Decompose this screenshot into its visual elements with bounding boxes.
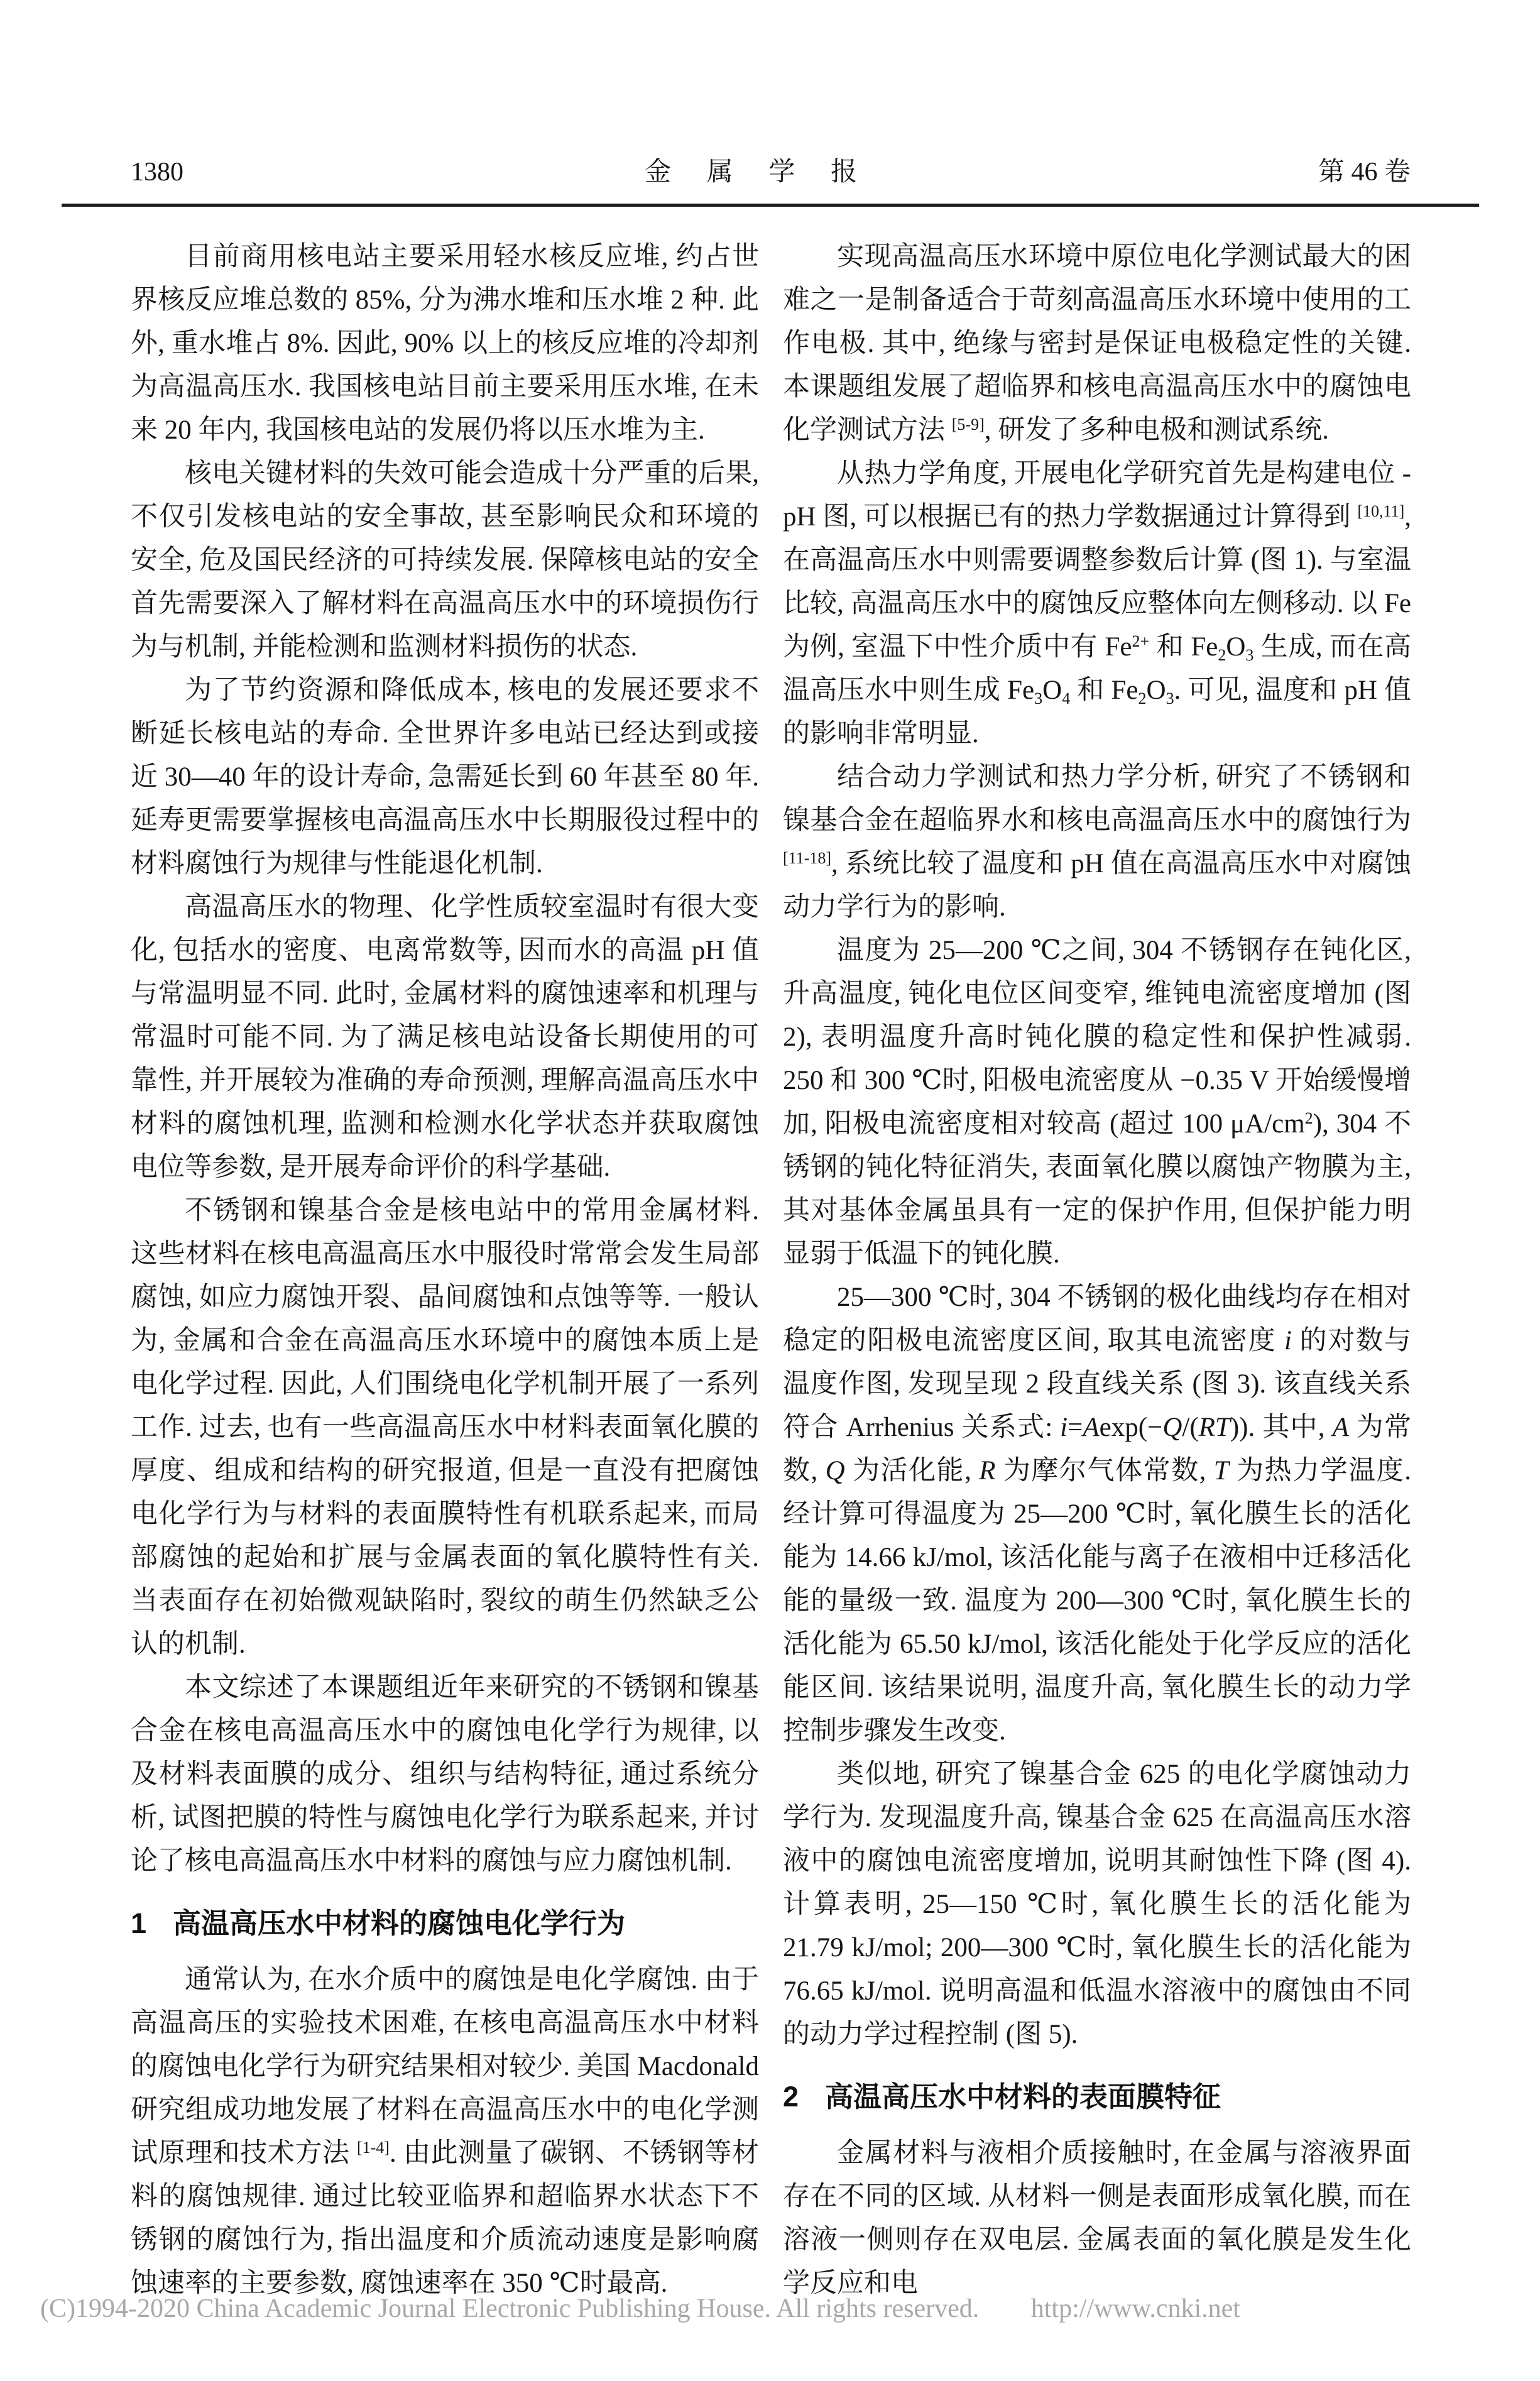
header-rule bbox=[62, 204, 1479, 207]
paragraph: 温度为 25—200 ℃之间, 304 不锈钢存在钝化区, 升高温度, 钝化电位… bbox=[783, 929, 1411, 1276]
footer-url: http://www.cnki.net bbox=[1031, 2294, 1240, 2323]
page-number: 1380 bbox=[131, 157, 183, 187]
superscript: 2 bbox=[1305, 1109, 1313, 1127]
italic-symbol: T bbox=[1214, 1456, 1229, 1486]
paragraph: 25—300 ℃时, 304 不锈钢的极化曲线均存在相对稳定的阳极电流密度区间,… bbox=[783, 1276, 1411, 1753]
paragraph: 金属材料与液相介质接触时, 在金属与溶液界面存在不同的区域. 从材料一侧是表面形… bbox=[783, 2132, 1411, 2305]
italic-symbol: A bbox=[1332, 1413, 1348, 1442]
subscript: 3 bbox=[1034, 689, 1042, 708]
paragraph: 高温高压水的物理、化学性质较室温时有很大变化, 包括水的密度、电离常数等, 因而… bbox=[131, 885, 759, 1189]
italic-symbol: R bbox=[979, 1456, 995, 1486]
section-title: 高温高压水中材料的腐蚀电化学行为 bbox=[173, 1904, 625, 1943]
subscript: 4 bbox=[1062, 689, 1070, 708]
paragraph: 通常认为, 在水介质中的腐蚀是电化学腐蚀. 由于高温高压的实验技术困难, 在核电… bbox=[131, 1958, 759, 2305]
paragraph: 结合动力学测试和热力学分析, 研究了不锈钢和镍基合金在超临界水和核电高温高压水中… bbox=[783, 755, 1411, 929]
subscript: 2 bbox=[1218, 646, 1226, 664]
section-heading: 2高温高压水中材料的表面膜特征 bbox=[783, 2077, 1411, 2116]
superscript: [1-4] bbox=[357, 2138, 390, 2157]
paragraph: 本文综述了本课题组近年来研究的不锈钢和镍基合金在核电高温高压水中的腐蚀电化学行为… bbox=[131, 1666, 759, 1883]
italic-symbol: A bbox=[1083, 1413, 1099, 1442]
copyright-text: (C)1994-2020 China Academic Journal Elec… bbox=[40, 2294, 979, 2323]
italic-symbol: Q bbox=[826, 1456, 845, 1486]
section-heading: 1高温高压水中材料的腐蚀电化学行为 bbox=[131, 1904, 759, 1943]
subscript: 3 bbox=[1245, 646, 1253, 664]
section-title: 高温高压水中材料的表面膜特征 bbox=[825, 2077, 1221, 2116]
paragraph: 为了节约资源和降低成本, 核电的发展还要求不断延长核电站的寿命. 全世界许多电站… bbox=[131, 669, 759, 885]
subscript: 3 bbox=[1166, 689, 1174, 708]
section-number: 1 bbox=[131, 1904, 146, 1943]
italic-symbol: i bbox=[1284, 1326, 1292, 1355]
italic-symbol: RT bbox=[1199, 1413, 1230, 1442]
paragraph: 实现高温高压水环境中原位电化学测试最大的困难之一是制备适合于苛刻高温高压水环境中… bbox=[783, 235, 1411, 452]
column-right: 实现高温高压水环境中原位电化学测试最大的困难之一是制备适合于苛刻高温高压水环境中… bbox=[783, 235, 1411, 2305]
volume-label: 第 46 卷 bbox=[1318, 151, 1411, 189]
italic-symbol: i bbox=[1060, 1413, 1068, 1442]
superscript: [5-9] bbox=[952, 415, 985, 434]
journal-title: 金 属 学 报 bbox=[630, 151, 871, 189]
paragraph: 核电关键材料的失效可能会造成十分严重的后果, 不仅引发核电站的安全事故, 甚至影… bbox=[131, 452, 759, 669]
superscript: [11-18] bbox=[783, 849, 831, 867]
subscript: 2 bbox=[1139, 689, 1147, 708]
superscript: [10,11] bbox=[1357, 502, 1404, 520]
italic-symbol: Q bbox=[1162, 1413, 1182, 1442]
paragraph: 从热力学角度, 开展电化学研究首先是构建电位 -pH 图, 可以根据已有的热力学… bbox=[783, 452, 1411, 755]
column-left: 目前商用核电站主要采用轻水核反应堆, 约占世界核反应堆总数的 85%, 分为沸水… bbox=[131, 235, 759, 2305]
paragraph: 不锈钢和镍基合金是核电站中的常用金属材料. 这些材料在核电高温高压水中服役时常常… bbox=[131, 1189, 759, 1666]
paragraph: 目前商用核电站主要采用轻水核反应堆, 约占世界核反应堆总数的 85%, 分为沸水… bbox=[131, 235, 759, 452]
page-header: 1380 金 属 学 报 第 46 卷 bbox=[131, 151, 1411, 189]
paragraph: 类似地, 研究了镍基合金 625 的电化学腐蚀动力学行为. 发现温度升高, 镍基… bbox=[783, 1753, 1411, 2056]
section-number: 2 bbox=[783, 2077, 799, 2116]
page-footer: (C)1994-2020 China Academic Journal Elec… bbox=[40, 2294, 1240, 2324]
superscript: 2+ bbox=[1132, 632, 1150, 650]
